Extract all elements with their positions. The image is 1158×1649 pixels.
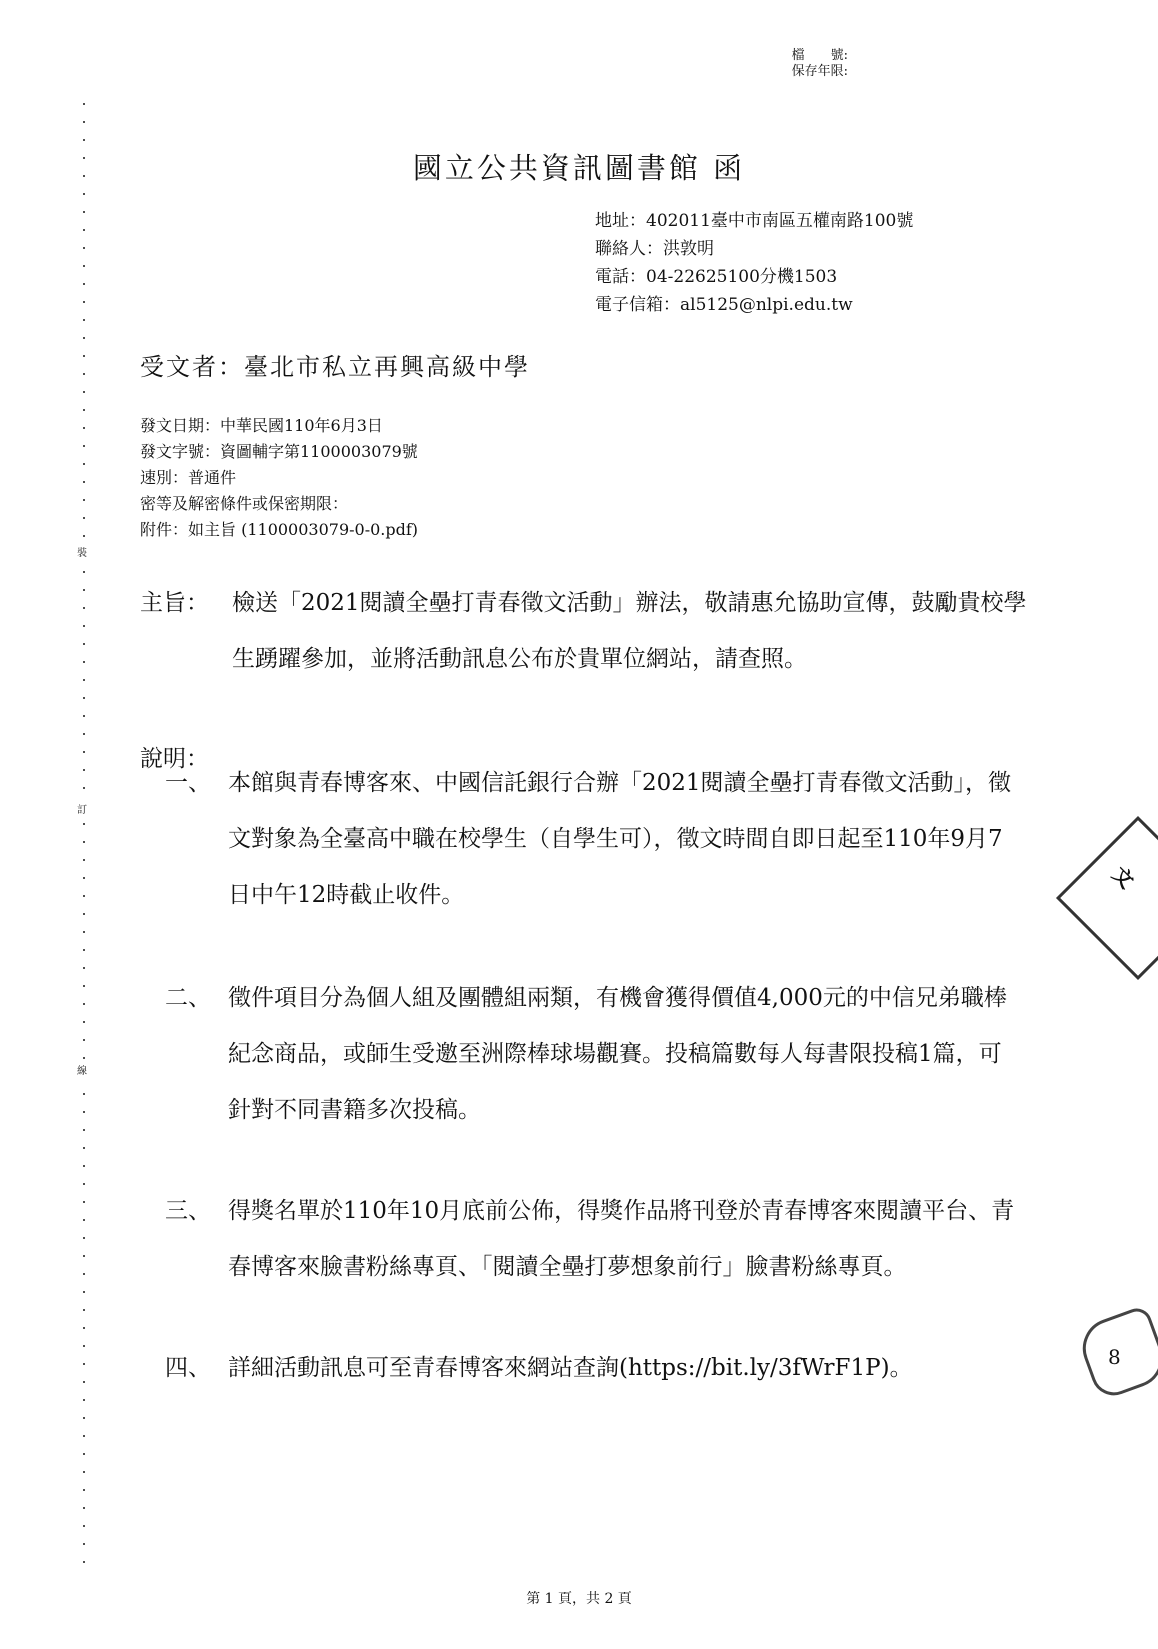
email: 電子信箱：al5125@nlpi.edu.tw (595, 291, 913, 319)
binding-mark-xian: 線 (77, 1066, 87, 1078)
stamp-number: 8 (1108, 1345, 1121, 1369)
sender-contact: 地址：402011臺中市南區五權南路100號 聯絡人：洪敦明 電話：04-226… (595, 207, 913, 319)
item-text: 得獎名單於110年10月底前公佈，得獎作品將刊登於青春博客來閱讀平台、青春博客來… (228, 1183, 1020, 1295)
item-text: 徵件項目分為個人組及團體組兩類，有機會獲得價值4,000元的中信兄弟職棒紀念商品… (228, 970, 1020, 1138)
retention-label: 保存年限: (792, 64, 848, 80)
item-text: 本館與青春博客來、中國信託銀行合辦「2021閱讀全壘打青春徵文活動」，徵文對象為… (228, 755, 1020, 923)
document-meta: 發文日期：中華民國110年6月3日 發文字號：資圖輔字第1100003079號 … (140, 413, 418, 543)
delivery-speed: 速別：普通件 (140, 465, 418, 491)
seal-stamp-icon: 文 (1056, 816, 1158, 980)
description-item: 四、 詳細活動訊息可至青春博客來網站查詢(https://bit.ly/3fWr… (165, 1340, 1020, 1396)
binding-dotted-line (83, 95, 85, 1575)
page-footer: 第 1 頁，共 2 頁 (0, 1588, 1158, 1608)
binding-mark-ding: 訂 (77, 805, 87, 817)
file-no-label: 檔 號: (792, 48, 848, 64)
contact-person: 聯絡人：洪敦明 (595, 235, 913, 263)
address: 地址：402011臺中市南區五權南路100號 (595, 207, 913, 235)
description-item: 一、 本館與青春博客來、中國信託銀行合辦「2021閱讀全壘打青春徵文活動」，徵文… (165, 755, 1020, 923)
item-number: 三、 (165, 1183, 211, 1239)
item-number: 二、 (165, 970, 211, 1026)
stamp-text: 文 (1107, 859, 1142, 894)
subject-section: 主旨： 檢送「2021閱讀全壘打青春徵文活動」辦法，敬請惠允協助宣傳，鼓勵貴校學… (140, 575, 1030, 687)
binding-mark-zhuang: 裝 (77, 548, 87, 560)
subject-label: 主旨： (140, 575, 209, 631)
document-title: 國立公共資訊圖書館 函 (0, 146, 1158, 187)
attachment: 附件：如主旨 (1100003079-0-0.pdf) (140, 517, 418, 543)
description-item: 二、 徵件項目分為個人組及團體組兩類，有機會獲得價值4,000元的中信兄弟職棒紀… (165, 970, 1020, 1138)
item-number: 一、 (165, 755, 211, 811)
document-number: 發文字號：資圖輔字第1100003079號 (140, 439, 418, 465)
phone: 電話：04-22625100分機1503 (595, 263, 913, 291)
secrecy-level: 密等及解密條件或保密期限： (140, 491, 418, 517)
recipient: 受文者：臺北市私立再興高級中學 (140, 347, 530, 382)
file-meta: 檔 號: 保存年限: (792, 48, 848, 80)
issue-date: 發文日期：中華民國110年6月3日 (140, 413, 418, 439)
description-item: 三、 得獎名單於110年10月底前公佈，得獎作品將刊登於青春博客來閱讀平台、青春… (165, 1183, 1020, 1295)
subject-text: 檢送「2021閱讀全壘打青春徵文活動」辦法，敬請惠允協助宣傳，鼓勵貴校學生踴躍參… (232, 575, 1030, 687)
item-text: 詳細活動訊息可至青春博客來網站查詢(https://bit.ly/3fWrF1P… (228, 1340, 1020, 1396)
item-number: 四、 (165, 1340, 211, 1396)
